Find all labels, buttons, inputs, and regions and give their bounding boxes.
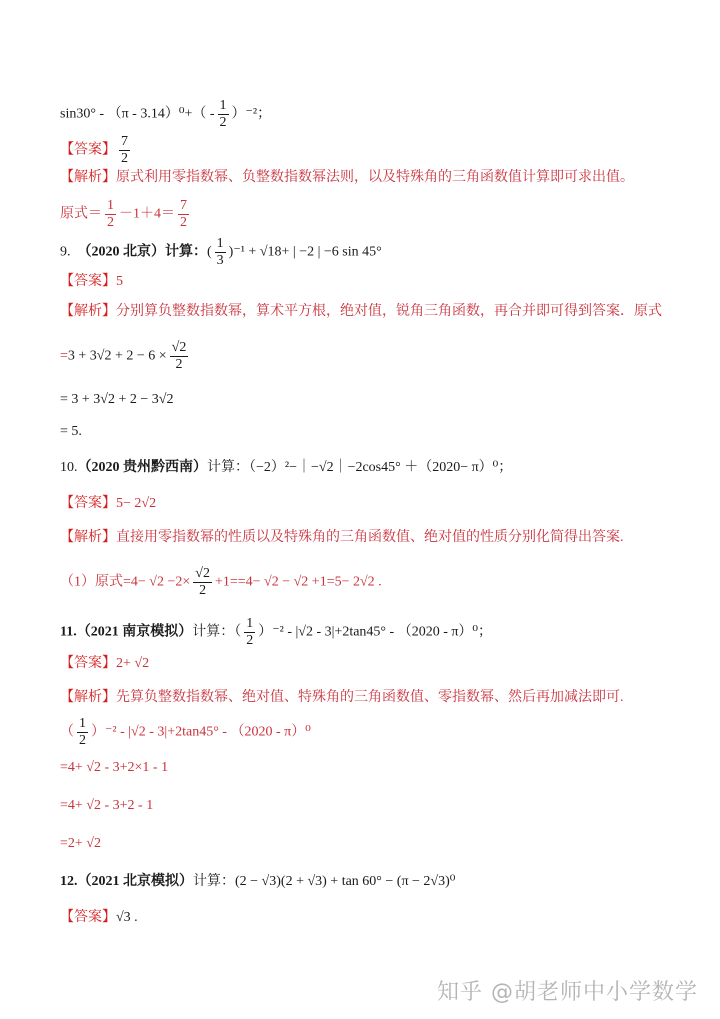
zhihu-watermark: 知乎 @胡老师中小学数学 <box>437 975 698 1006</box>
question-source: （2021 南京模拟） <box>77 625 193 640</box>
analysis-text: 原式利用零指数幂、负整数指数幂法则，以及特殊角的三角函数值计算即可求出值。 <box>116 170 634 185</box>
analysis-text: 分别算负整数指数幂，算术平方根，绝对值，锐角三角函数，再合并即可得到答案．原式 <box>116 304 662 319</box>
step-text: 3 + 3√2 + 2 − 6 × <box>68 349 167 364</box>
frac-num: √2 <box>170 340 189 357</box>
q8-answer: 【答案】72 <box>60 134 133 167</box>
q8-problem-text: sin30° - （π - 3.14）⁰+（ - <box>60 107 215 122</box>
q11-problem: 11.（2021 南京模拟）计算：（12）⁻² - |√2 - 3|+2tan4… <box>60 616 492 649</box>
solution-prefix: （1）原式=4− √2 −2× <box>60 575 190 590</box>
q11-step-1: =4+ √2 - 3+2×1 - 1 <box>60 758 168 778</box>
frac-num: 1 <box>218 98 229 115</box>
restate-tail: ）⁻² - |√2 - 3|+2tan45° - （2020 - π）⁰ <box>91 725 311 740</box>
solution-fraction: √22 <box>193 566 212 599</box>
frac-num: 1 <box>215 236 226 253</box>
question-source: （2020 贵州黔西南） <box>78 460 208 475</box>
q10-solution: （1）原式=4− √2 −2×√22+1==4− √2 − √2 +1=5− 2… <box>60 566 382 599</box>
frac-den: 2 <box>77 733 88 749</box>
frac-den: 2 <box>174 357 185 373</box>
solution-fraction-2: 72 <box>178 198 189 231</box>
q9-problem: 9. （2020 北京）计算：(13)⁻¹ + √18+ | −2 | −6 s… <box>60 236 382 269</box>
analysis-text: 直接用零指数幂的性质以及特殊角的三角函数值、绝对值的性质分别化简得出答案. <box>116 530 624 545</box>
q9-step-1: =3 + 3√2 + 2 − 6 ×√22 <box>60 340 191 373</box>
solution-tail: +1==4− √2 − √2 +1=5− 2√2 . <box>215 575 382 590</box>
prompt-tail: ）⁻² - |√2 - 3|+2tan45° - （2020 - π）⁰； <box>258 625 492 640</box>
frac-num: 7 <box>178 198 189 215</box>
q8-analysis: 【解析】原式利用零指数幂、负整数指数幂法则，以及特殊角的三角函数值计算即可求出值… <box>60 168 634 188</box>
q10-problem: 10.（2020 贵州黔西南）计算：（−2）²−｜−√2｜−2cos45° ＋（… <box>60 458 512 478</box>
frac-num: 1 <box>244 616 255 633</box>
frac-den: 2 <box>244 633 255 649</box>
frac-den: 2 <box>197 583 208 599</box>
restate-prefix: （ <box>60 725 74 740</box>
frac-num: 7 <box>119 134 130 151</box>
q9-step-2: = 3 + 3√2 + 2 − 3√2 <box>60 390 173 410</box>
q12-expression: 计算：(2 − √3)(2 + √3) + tan 60° − (π − 2√3… <box>193 874 455 889</box>
answer-label: 【答案】 <box>60 656 116 671</box>
answer-label: 【答案】 <box>60 274 116 289</box>
analysis-label: 【解析】 <box>60 530 116 545</box>
frac-den: 2 <box>119 151 130 167</box>
q11-step-2: =4+ √2 - 3+2 - 1 <box>60 796 153 816</box>
analysis-label: 【解析】 <box>60 304 116 319</box>
q8-fraction: 12 <box>218 98 229 131</box>
answer-value: 5− 2√2 <box>116 496 156 511</box>
q8-answer-fraction: 72 <box>119 134 130 167</box>
analysis-text: 先算负整数指数幂、绝对值、特殊角的三角函数值、零指数幂、然后再加减法即可. <box>116 690 624 705</box>
answer-value: √3 . <box>116 910 138 925</box>
q11-answer: 【答案】2+ √2 <box>60 654 149 674</box>
q11-step-3: =2+ √2 <box>60 834 101 854</box>
q8-problem-tail: ）⁻²； <box>232 107 272 122</box>
question-number: 10. <box>60 460 78 475</box>
analysis-label: 【解析】 <box>60 170 116 185</box>
q9-fraction: 13 <box>215 236 226 269</box>
frac-num: 1 <box>77 716 88 733</box>
answer-label: 【答案】 <box>60 910 116 925</box>
answer-label: 【答案】 <box>60 496 116 511</box>
step-prefix: = <box>60 349 68 364</box>
frac-den: 2 <box>178 215 189 231</box>
q11-fraction: 12 <box>244 616 255 649</box>
frac-den: 3 <box>215 253 226 269</box>
q9-answer: 【答案】5 <box>60 272 123 292</box>
question-number: 9. <box>60 245 71 260</box>
q9-expression: )⁻¹ + √18+ | −2 | −6 sin 45° <box>229 245 382 260</box>
q10-expression: 计算：（−2）²−｜−√2｜−2cos45° ＋（2020− π）⁰； <box>207 460 512 475</box>
question-source: （2020 北京）计算： <box>78 245 208 260</box>
q9-analysis: 【解析】分别算负整数指数幂，算术平方根，绝对值，锐角三角函数，再合并即可得到答案… <box>60 302 662 322</box>
q10-analysis: 【解析】直接用零指数幂的性质以及特殊角的三角函数值、绝对值的性质分别化简得出答案… <box>60 528 624 548</box>
question-number: 11. <box>60 625 77 640</box>
q12-answer: 【答案】√3 . <box>60 908 138 928</box>
analysis-label: 【解析】 <box>60 690 116 705</box>
frac-num: √2 <box>193 566 212 583</box>
answer-value: 2+ √2 <box>116 656 149 671</box>
solution-fraction-1: 12 <box>105 198 116 231</box>
step-fraction: √22 <box>170 340 189 373</box>
answer-label: 【答案】 <box>60 143 116 158</box>
solution-prefix: 原式＝ <box>60 207 102 222</box>
question-source: （2021 北京模拟） <box>78 874 194 889</box>
question-number: 12. <box>60 874 78 889</box>
q10-answer: 【答案】5− 2√2 <box>60 494 156 514</box>
q11-restate: （12）⁻² - |√2 - 3|+2tan45° - （2020 - π）⁰ <box>60 716 311 749</box>
q11-analysis: 【解析】先算负整数指数幂、绝对值、特殊角的三角函数值、零指数幂、然后再加减法即可… <box>60 688 624 708</box>
frac-den: 2 <box>218 115 229 131</box>
solution-mid: －1＋4＝ <box>119 207 175 222</box>
frac-num: 1 <box>105 198 116 215</box>
prompt-prefix: 计算：（ <box>192 625 241 640</box>
frac-den: 2 <box>105 215 116 231</box>
q12-problem: 12.（2021 北京模拟）计算：(2 − √3)(2 + √3) + tan … <box>60 872 455 892</box>
q8-problem: sin30° - （π - 3.14）⁰+（ -12）⁻²； <box>60 98 271 131</box>
q8-solution: 原式＝12－1＋4＝72 <box>60 198 192 231</box>
q9-step-3: = 5. <box>60 422 82 442</box>
restate-fraction: 12 <box>77 716 88 749</box>
answer-value: 5 <box>116 274 123 289</box>
